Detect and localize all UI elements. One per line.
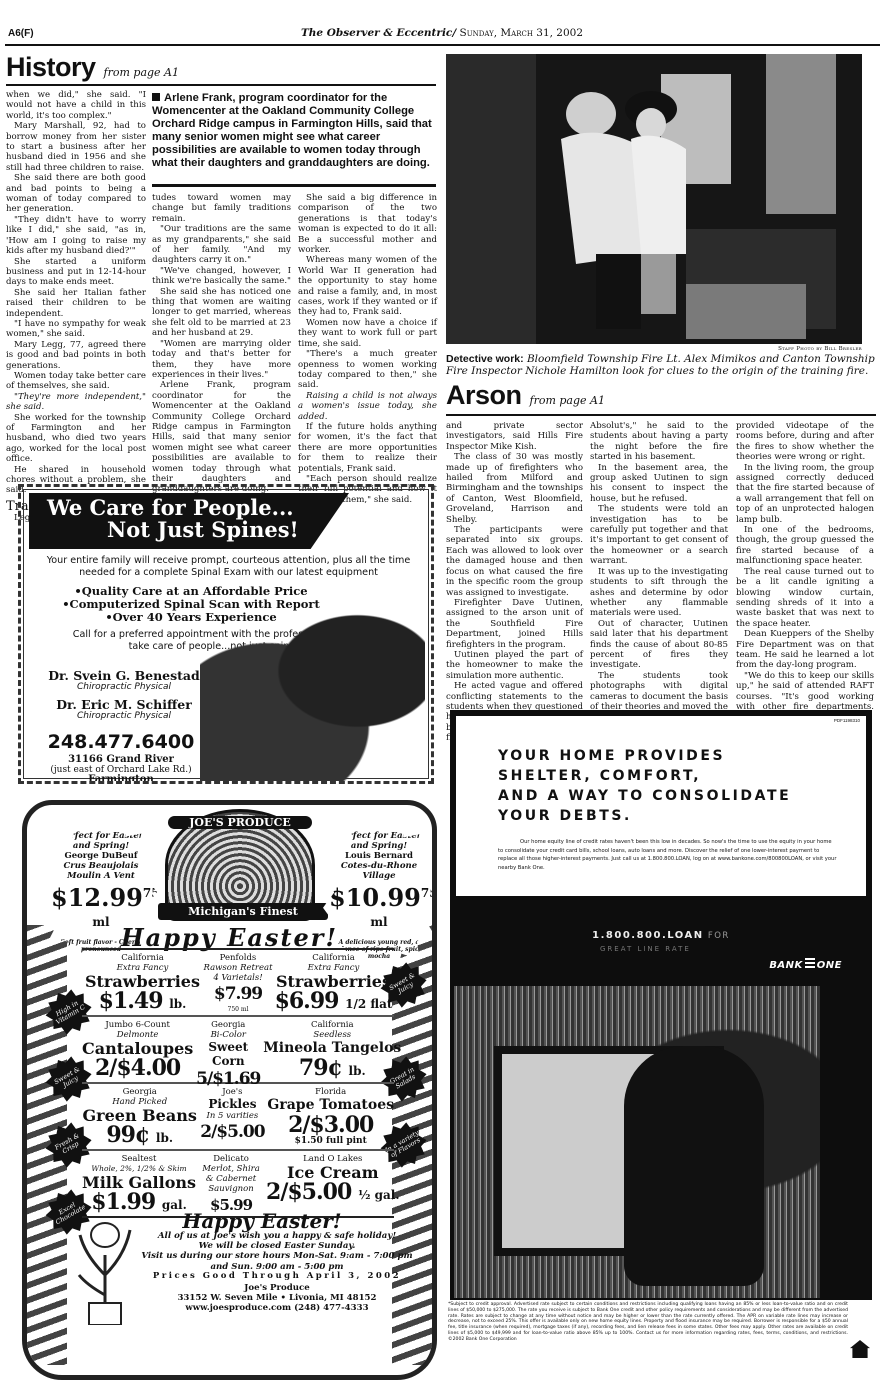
chiro-street: 31166 Grand River <box>68 754 174 765</box>
bank-one-bars-icon <box>805 958 815 970</box>
chiro-phone: 248.477.6400 <box>31 731 211 753</box>
joes-address-block: Joe's Produce 33152 W. Seven Mile • Livo… <box>127 1283 427 1313</box>
item-origin: California <box>82 953 203 963</box>
price-value: 79¢ <box>299 1055 342 1081</box>
item-name: Sweet Corn <box>193 1040 263 1068</box>
headline-line: YOUR DEBTS. <box>498 806 791 826</box>
wine-tagline: Perfect for Easter <box>51 831 151 841</box>
headline-line: AND A WAY TO CONSOLIDATE <box>498 786 791 806</box>
paragraph: "They're more independent," she said. <box>6 392 146 413</box>
paragraph: The participants were separated into six… <box>446 525 583 598</box>
paragraph: Dean Kueppers of the Shelby Fire Departm… <box>736 629 874 671</box>
produce-row: Georgia Hand Picked Green Beans 99¢ lb. … <box>82 1084 394 1151</box>
pull-quote-text: Arlene Frank, program coordinator for th… <box>152 92 432 169</box>
item-price: 2/$4.00 <box>82 1057 193 1079</box>
history-slug: Historyfrom page A1 <box>6 52 436 83</box>
produce-item: California Seedless Mineola Tangelos 79¢… <box>263 1017 401 1082</box>
item-origin: Florida <box>267 1087 394 1097</box>
wine-brand: George DuBeuf <box>51 851 151 861</box>
produce-item: California Extra Fancy Strawberries $1.4… <box>82 950 203 1015</box>
chiro-intro: Your entire family will receive prompt, … <box>31 555 426 579</box>
chiropractic-ad: We Care for People... Not Just Spines! Y… <box>18 484 434 784</box>
header-rule <box>5 44 880 46</box>
produce-row: Jumbo 6-Count Delmonte Cantaloupes 2/$4.… <box>82 1017 394 1084</box>
doctor-name: Dr. Svein G. Benestad <box>29 669 219 682</box>
item-price: 2/$3.00 <box>267 1114 394 1136</box>
paragraph: It was up to the investigating students … <box>590 567 728 619</box>
footer-line: Visit us during our store hours Mon-Sat.… <box>127 1251 427 1261</box>
paragraph: The class of 30 was mostly made up of fi… <box>446 452 583 525</box>
paragraph: The real cause turned out to be a lit ca… <box>736 567 874 629</box>
store-address: 33152 W. Seven Mile • Livonia, MI 48152 <box>127 1293 427 1303</box>
item-origin: Georgia <box>193 1020 263 1030</box>
item-brand: Sealtest <box>82 1154 196 1164</box>
item-variety: Bi-Color <box>211 1030 246 1040</box>
news-photo <box>446 54 862 344</box>
produce-item: Land O Lakes Ice Cream 2/$5.00 ½ gal. <box>266 1151 400 1216</box>
pull-quote: Arlene Frank, program coordinator for th… <box>152 92 436 170</box>
produce-item: Delicato Merlot, Shira & Cabernet Sauvig… <box>196 1151 266 1216</box>
joes-produce-ad: Perfect for Easter and Spring! George Du… <box>22 800 437 1380</box>
produce-item: Jumbo 6-Count Delmonte Cantaloupes 2/$4.… <box>82 1017 193 1082</box>
paragraph: She said she has noticed one thing that … <box>152 287 291 339</box>
footer-line: All of us at Joe's wish you a happy & sa… <box>127 1231 427 1241</box>
item-price: 2/$5.00 ½ gal. <box>266 1181 400 1206</box>
history-column-1: when we did," she said. "I would not hav… <box>6 90 146 524</box>
paragraph: and private sector investigators, said H… <box>446 421 583 452</box>
chiro-city: Farmington <box>88 774 154 784</box>
bank-headline: YOUR HOME PROVIDES SHELTER, COMFORT, AND… <box>498 746 791 826</box>
paragraph: "They didn't have to worry like I did," … <box>6 215 146 257</box>
chiro-headline: We Care for People... Not Just Spines! <box>29 493 349 549</box>
paragraph: Out of character, Uutinen said later tha… <box>590 619 728 671</box>
wine-name: Moulin A Vent <box>51 871 151 881</box>
paragraph: The students were told an investigation … <box>590 504 728 566</box>
doctor-title: Chiropractic Physical <box>29 682 219 692</box>
wine-tagline: and Spring! <box>329 841 429 851</box>
footer-happy-easter: Happy Easter! <box>87 1209 437 1233</box>
produce-row: Sealtest Whole, 2%, 1/2% & Skim Milk Gal… <box>82 1151 394 1218</box>
item-price: 79¢ lb. <box>263 1057 401 1082</box>
pull-quote-rule <box>152 184 436 187</box>
headline-line: SHELTER, COMFORT, <box>498 766 791 786</box>
history-column-2: tudes toward women may change but family… <box>152 193 291 495</box>
item-size: Jumbo 6-Count <box>82 1020 193 1030</box>
price-unit: ½ gal. <box>358 1188 400 1202</box>
paragraph: provided videotape of the rooms before, … <box>736 421 874 463</box>
item-variety: Seedless <box>313 1030 351 1040</box>
produce-item: Sealtest Whole, 2%, 1/2% & Skim Milk Gal… <box>82 1151 196 1216</box>
paragraph: She said her Italian father raised their… <box>6 288 146 319</box>
produce-item: Joe's Pickles In 5 varities 2/$5.00 <box>197 1084 267 1149</box>
doctor-name: Dr. Eric M. Schiffer <box>29 698 219 711</box>
arson-slug-title: Arson <box>446 380 522 410</box>
wine-name: Cotes-du-Rhone Village <box>329 861 429 881</box>
paragraph: "Women are marrying older today and that… <box>152 339 291 381</box>
paragraph: She said a big difference in comparison … <box>298 193 437 255</box>
joes-logo: JOE'S PRODUCE Michigan's Finest <box>165 809 315 921</box>
item-name: Rawson Retreat <box>203 963 272 973</box>
bank-one-ad: PDF1198310 YOUR HOME PROVIDES SHELTER, C… <box>450 710 872 1300</box>
price-value: 99¢ <box>106 1122 149 1148</box>
history-rule <box>6 84 436 86</box>
logo-word-bank: BANK <box>769 960 802 971</box>
paragraph: She said there are both good and bad poi… <box>6 173 146 215</box>
equal-housing-lender-icon <box>850 1340 870 1358</box>
family-photo-icon <box>200 597 425 782</box>
chiro-headline-line-2: Not Just Spines! <box>47 519 349 541</box>
doctor-1: Dr. Svein G. Benestad Chiropractic Physi… <box>29 669 219 692</box>
bank-fine-print: *Subject to credit approval. Advertised … <box>448 1302 878 1343</box>
produce-item: Penfolds Rawson Retreat 4 Varietals! $7.… <box>203 950 273 1015</box>
photo-caption: Detective work: Bloomfield Township Fire… <box>446 353 876 377</box>
item-price: $7.99 <box>203 983 273 1005</box>
caption-lead: Detective work: <box>446 353 524 365</box>
dog-silhouette-icon <box>624 1046 764 1286</box>
paragraph: Absolut's," he said to the students abou… <box>590 421 728 463</box>
paragraph: Mary Marshall, 92, had to borrow money f… <box>6 121 146 173</box>
price-value: $1.49 <box>99 988 163 1014</box>
item-detail: 4 Varietals! <box>213 973 262 983</box>
store-name: Joe's Produce <box>127 1283 427 1293</box>
paragraph: Arlene Frank, program coordinator for th… <box>152 380 291 494</box>
price-unit: lb. <box>169 997 186 1011</box>
doctor-title: Chiropractic Physical <box>29 711 219 721</box>
masthead: The Observer & Eccentric/ Sunday, March … <box>0 27 884 39</box>
easter-lily-icon <box>75 1215 135 1325</box>
doctor-2: Dr. Eric M. Schiffer Chiropractic Physic… <box>29 698 219 721</box>
bank-one-logo: BANKONE <box>769 958 842 971</box>
produce-item: Georgia Bi-Color Sweet Corn 5/$1.69 <box>193 1017 263 1082</box>
headline-line: YOUR HOME PROVIDES <box>498 746 791 766</box>
wine-tagline: and Spring! <box>51 841 151 851</box>
firefighters-photo-icon <box>446 54 862 344</box>
paragraph: She worked for the township of Farmingto… <box>6 413 146 465</box>
paragraph: "We've changed, however, I think we're b… <box>152 266 291 287</box>
bank-cta: 1.800.800.LOAN FOR <box>450 930 872 941</box>
photo-credit: Staff Photo by Bill Bresler <box>446 346 862 352</box>
item-variety: Merlot, Shira <box>202 1164 260 1174</box>
bank-body-copy: Our home equity line of credit rates hav… <box>498 838 838 872</box>
paragraph: "Our traditions are the same as my grand… <box>152 224 291 266</box>
paragraph: Women now have a choice if they want to … <box>298 318 437 349</box>
logo-word-one: ONE <box>817 960 842 971</box>
price-value: 2/$3.00 <box>288 1112 373 1138</box>
paragraph: If the future holds anything for women, … <box>298 422 437 474</box>
wine-price-value: 12.99 <box>68 883 143 912</box>
wine-tagline: Perfect for Easter <box>329 831 429 841</box>
item-brand: Delicato <box>196 1154 266 1164</box>
wine-price-value: 10.99 <box>346 883 421 912</box>
produce-item: California Extra Fancy Strawberries $6.9… <box>273 950 394 1015</box>
paragraph: In one of the bedrooms, though, the grou… <box>736 525 874 567</box>
produce-grid: California Extra Fancy Strawberries $1.4… <box>82 948 394 1218</box>
paragraph: "There's a much greater openness to wome… <box>298 349 437 391</box>
logo-band-text: Michigan's Finest <box>158 903 328 920</box>
price-unit: 1/2 flat <box>345 997 392 1011</box>
history-column-3: She said a big difference in comparison … <box>298 193 437 505</box>
bank-cta-line-2: GREAT LINE RATE <box>600 945 691 953</box>
item-detail: Whole, 2%, 1/2% & Skim <box>91 1164 186 1173</box>
ad-code: PDF1198310 <box>834 718 860 723</box>
item-price: $6.99 1/2 flat <box>273 990 394 1015</box>
chiro-address: 31166 Grand River (just east of Orchard … <box>31 755 211 784</box>
item-price: $1.49 lb. <box>82 990 203 1015</box>
paragraph: In the basement area, the group asked Uu… <box>590 463 728 505</box>
arson-column-1: and private sector investigators, said H… <box>446 421 583 754</box>
paragraph: Whereas many women of the World War II g… <box>298 255 437 317</box>
price-value: 2/$5.00 <box>266 1179 351 1205</box>
item-name: Pickles <box>197 1097 267 1111</box>
issue-date: Sunday, March 31, 2002 <box>460 27 584 39</box>
price-unit: 750 ml <box>203 1005 273 1015</box>
price-unit: $1.50 full pint <box>267 1136 394 1146</box>
dog-window-photo <box>454 986 820 1298</box>
paragraph: Uutinen played the part of the homeowner… <box>446 650 583 681</box>
price-value: 2/$4.00 <box>95 1055 180 1081</box>
item-origin: California <box>263 1020 401 1030</box>
price-unit: lb. <box>156 1131 173 1145</box>
item-origin: California <box>273 953 394 963</box>
paragraph: tudes toward women may change but family… <box>152 193 291 224</box>
footer-line: We will be closed Easter Sunday. <box>127 1241 427 1251</box>
joes-footer-text: All of us at Joe's wish you a happy & sa… <box>127 1231 427 1272</box>
price-value: 2/$5.00 <box>200 1122 264 1142</box>
history-jump-line: from page A1 <box>104 66 179 79</box>
paragraph: She started a uniform business and put i… <box>6 257 146 288</box>
arson-rule <box>446 414 876 416</box>
history-slug-title: History <box>6 52 96 82</box>
item-price: 99¢ lb. <box>82 1124 197 1149</box>
paragraph: In the living room, the group assigned c… <box>736 463 874 525</box>
prices-good-through: Prices Good Through April 3, 2002 <box>127 1271 427 1281</box>
paragraph: Women today take better care of themselv… <box>6 371 146 392</box>
bank-cta-for: FOR <box>708 931 730 941</box>
logo-arc-text: JOE'S PRODUCE <box>168 816 312 829</box>
pull-quote-bullet-icon <box>152 93 160 101</box>
produce-item: Florida Grape Tomatoes 2/$3.00 $1.50 ful… <box>267 1084 394 1149</box>
arson-column-3: provided videotape of the rooms before, … <box>736 421 874 723</box>
paragraph: Mary Legg, 77, agreed there is good and … <box>6 340 146 371</box>
wine-brand: Louis Bernard <box>329 851 429 861</box>
arson-slug: Arsonfrom page A1 <box>446 380 876 411</box>
paragraph: "I have no sympathy for weak women," she… <box>6 319 146 340</box>
produce-item: Georgia Hand Picked Green Beans 99¢ lb. <box>82 1084 197 1149</box>
paragraph: when we did," she said. "I would not hav… <box>6 90 146 121</box>
bank-ad-top-panel: PDF1198310 YOUR HOME PROVIDES SHELTER, C… <box>456 716 866 896</box>
produce-row: California Extra Fancy Strawberries $1.4… <box>82 950 394 1017</box>
item-origin: Georgia <box>82 1087 197 1097</box>
item-detail: In 5 varities <box>206 1111 258 1121</box>
item-price: 2/$5.00 <box>197 1121 267 1143</box>
item-variety: & Cabernet Sauvignon <box>206 1174 256 1194</box>
price-value: $7.99 <box>214 984 262 1004</box>
paragraph: Firefighter Dave Uutinen, assigned to th… <box>446 598 583 650</box>
chiro-headline-line-1: We Care for People... <box>47 497 349 519</box>
publication-name: The Observer & Eccentric/ <box>301 27 456 39</box>
price-value: $6.99 <box>275 988 339 1014</box>
item-brand: Joe's <box>197 1087 267 1097</box>
item-brand: Penfolds <box>203 953 273 963</box>
price-unit: lb. <box>349 1064 366 1078</box>
wine-name: Crus Beaujolais <box>51 861 151 871</box>
bank-phone[interactable]: 1.800.800.LOAN <box>592 930 703 941</box>
paragraph: Raising a child is not always a women's … <box>298 391 437 422</box>
arson-jump-line: from page A1 <box>530 394 605 407</box>
store-web-phone[interactable]: www.joesproduce.com (248) 477-4333 <box>127 1303 427 1313</box>
